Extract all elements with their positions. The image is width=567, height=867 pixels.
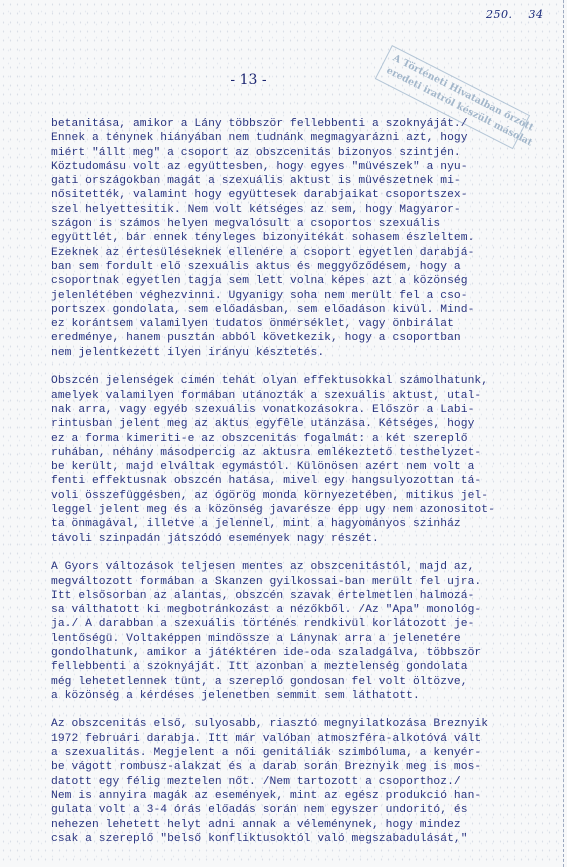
- text-line: be került, majd elváltak egymástól. Külö…: [51, 460, 551, 474]
- text-line: a szexualitás. Megjelent a női genitáliá…: [51, 746, 551, 760]
- text-line: Ezeknek az értesüléseknek ellenére a cso…: [51, 246, 551, 260]
- archive-sheet-number: 34: [529, 8, 544, 21]
- text-line: voli összefüggésben, az ógörög monda kör…: [51, 489, 551, 503]
- typewritten-body: betanitása, amikor a Lány többször felle…: [51, 117, 551, 860]
- text-line: megváltozott formában a Skanzen gyilkoss…: [51, 575, 551, 589]
- text-line: amelyek valamilyen formában utánozták a …: [51, 389, 551, 403]
- text-line: A Gyors változások teljesen mentes az ob…: [51, 560, 551, 574]
- text-line: portszex gondolata, sem előadásban, sem …: [51, 303, 551, 317]
- paragraph: betanitása, amikor a Lány többször felle…: [51, 117, 551, 360]
- text-line: Itt elsősorban az alantas, obszcén szava…: [51, 589, 551, 603]
- text-line: jelenlétében véghezvinni. Ugyanigy soha …: [51, 289, 551, 303]
- text-line: nehezen lehetett helyt adni annak a véle…: [51, 818, 551, 832]
- text-line: Obszcén jelenségek cimén tehát olyan eff…: [51, 374, 551, 388]
- text-line: ez a forma kimeriti-e az obszcenitás fog…: [51, 432, 551, 446]
- text-line: Nem is annyira magák az események, mint …: [51, 789, 551, 803]
- text-line: gulata volt a 3-4 órás előadás során nem…: [51, 803, 551, 817]
- text-line: távoli szinpadán játszódó események nagy…: [51, 532, 551, 546]
- text-line: Köztudomásu volt az együttesben, hogy eg…: [51, 160, 551, 174]
- text-line: szágon is számos helyen megvalósult a cs…: [51, 217, 551, 231]
- paragraph: Az obszcenitás első, sulyosabb, riasztó …: [51, 717, 551, 846]
- text-line: Az obszcenitás első, sulyosabb, riasztó …: [51, 717, 551, 731]
- text-line: nősitették, valamint hogy együttesek dar…: [51, 188, 551, 202]
- text-line: sa válthatott ki megbotránkozást a nézők…: [51, 603, 551, 617]
- text-line: miért "állt meg" a csoport az obszcenitá…: [51, 146, 551, 160]
- text-line: nem jelentkezett ilyen irányu késztetés.: [51, 346, 551, 360]
- text-line: gondolhatunk, amikor a játéktéren ide-od…: [51, 646, 551, 660]
- scan-edge-line: [561, 0, 564, 867]
- text-line: fenti effektusnak obszcén hatása, mivel …: [51, 474, 551, 488]
- archive-number-id: 250.: [486, 8, 513, 21]
- text-line: rintusban jelent meg az aktus egyfêle ut…: [51, 417, 551, 431]
- text-line: a közönség a kérdéses jelenetben semmit …: [51, 689, 551, 703]
- text-line: szel helyettesitik. Nem volt kétséges az…: [51, 203, 551, 217]
- text-line: be vágott rombusz-alakzat és a darab sor…: [51, 760, 551, 774]
- text-line: együttlét, bár ennek tényleges bizonyité…: [51, 231, 551, 245]
- text-line: Ennek a ténynek hiányában nem tudnánk me…: [51, 131, 551, 145]
- paragraph: Obszcén jelenségek cimén tehát olyan eff…: [51, 374, 551, 546]
- text-line: betanitása, amikor a Lány többször felle…: [51, 117, 551, 131]
- text-line: fellebbenti a szoknyáját. Itt azonban a …: [51, 660, 551, 674]
- text-line: még lehetetlennek tünt, a szereplő gondo…: [51, 675, 551, 689]
- text-line: ez korántsem valamilyen tudatos önmérsék…: [51, 317, 551, 331]
- text-line: leggel jelent meg és a közönség javarész…: [51, 503, 551, 517]
- text-line: nak arra, vagy egyéb szexuális vonatkozá…: [51, 403, 551, 417]
- paragraph: A Gyors változások teljesen mentes az ob…: [51, 560, 551, 703]
- text-line: ta önmagával, illetve a jelennel, mint a…: [51, 517, 551, 531]
- text-line: ruhában, néhány másodpercig az aktusra e…: [51, 446, 551, 460]
- text-line: csoportnak egyetlen tagja sem lett volna…: [51, 274, 551, 288]
- text-line: ja./ A darabban a szexuális történés ren…: [51, 617, 551, 631]
- text-line: gati országokban magát a szexuális aktus…: [51, 174, 551, 188]
- text-line: datott egy félig meztelen nőt. /Nem tart…: [51, 775, 551, 789]
- archive-number: 250.34: [486, 8, 560, 21]
- text-line: lentőségü. Voltaképpen mindössze a Lányn…: [51, 632, 551, 646]
- text-line: 1972 februári darabja. Itt már valóban a…: [51, 732, 551, 746]
- text-line: eredménye, hanem pusztán abból következi…: [51, 331, 551, 345]
- page-number: - 13 -: [0, 72, 567, 88]
- text-line: csak a szereplő "belső konfliktusoktól v…: [51, 832, 551, 846]
- text-line: ban sem fordult elő szexuális aktus és m…: [51, 260, 551, 274]
- document-page: 250.34 A Történeti Hivatalban őrzött ere…: [0, 0, 567, 867]
